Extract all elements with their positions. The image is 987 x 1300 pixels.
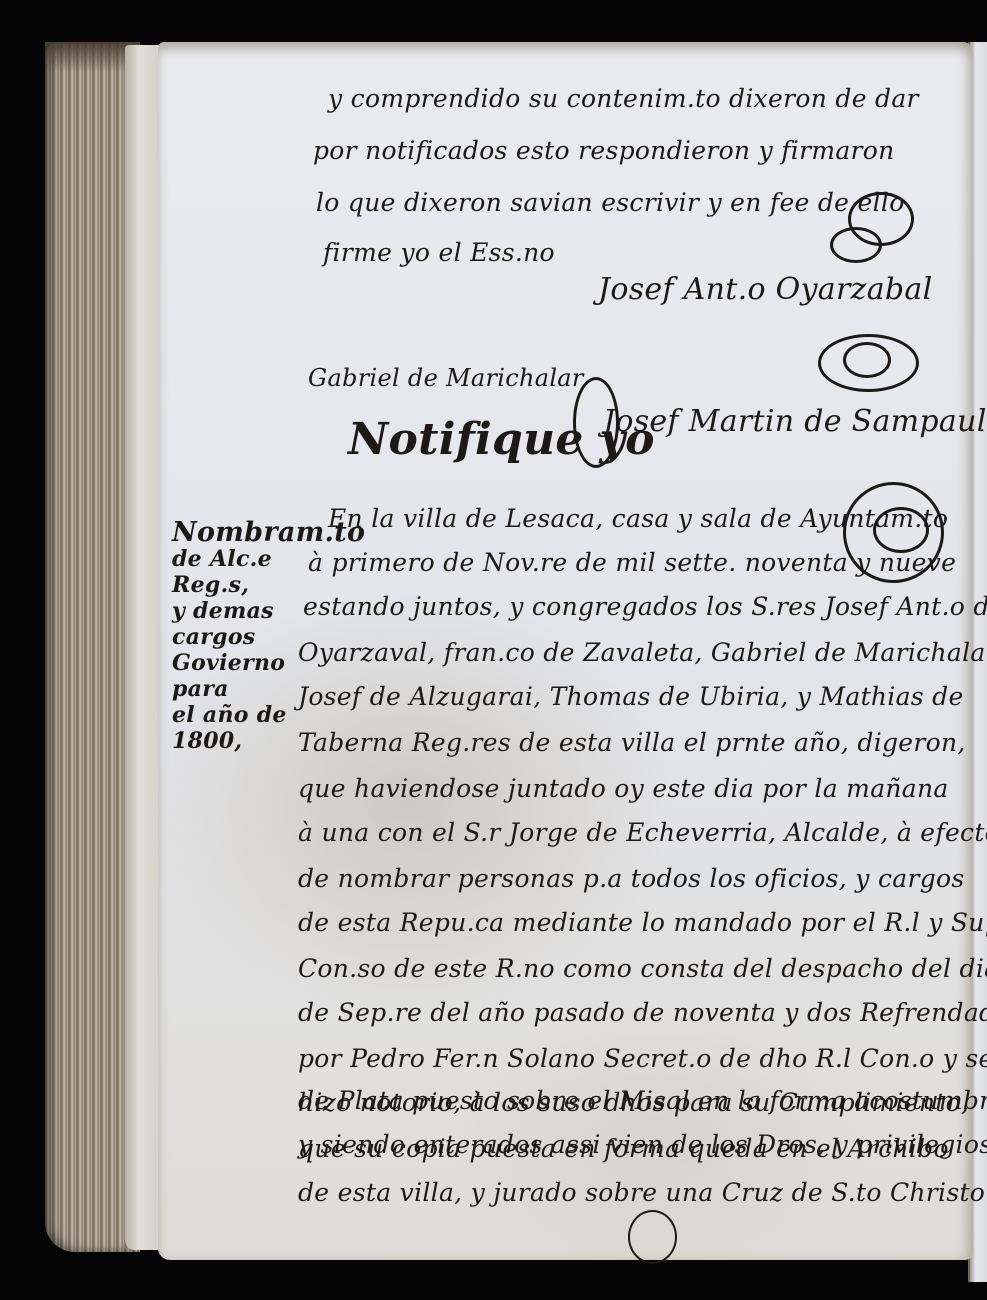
body-line-18: y siendo enterados assi vien de los Dros… xyxy=(298,1130,987,1159)
body-line-5: Josef de Alzugarai, Thomas de Ubiria, y … xyxy=(298,682,964,711)
body-line-8: à una con el S.r Jorge de Echeverria, Al… xyxy=(298,818,987,847)
margin-note: Nombram.to de Alc.e Reg.s, y demas cargo… xyxy=(172,520,307,754)
body-line-10: de esta Repu.ca mediante lo mandado por … xyxy=(298,908,987,937)
margin-note-line-4: Govierno para xyxy=(172,650,307,702)
margin-note-line-5: el año de 1800, xyxy=(172,702,307,754)
body-line-2: à primero de Nov.re de mil sette. novent… xyxy=(308,548,956,577)
top-line-2: por notificados esto respondieron y firm… xyxy=(313,136,895,165)
signature-sampaulesa: Josef Martin de Sampaulesa xyxy=(603,404,987,439)
rubric-flourish-icon xyxy=(830,227,882,263)
body-line-17: de Plata puesto sobre el Misal en la for… xyxy=(298,1086,987,1115)
body-line-4: Oyarzaval, fran.co de Zavaleta, Gabriel … xyxy=(298,638,987,667)
body-line-12: de Sep.re del año pasado de noventa y do… xyxy=(298,998,987,1027)
body-line-3: estando juntos, y congregados los S.res … xyxy=(303,592,987,621)
body-line-1: En la villa de Lesaca, casa y sala de Ay… xyxy=(328,504,948,533)
body-line-9: de nombrar personas p.a todos los oficio… xyxy=(298,864,965,893)
rubric-flourish-icon xyxy=(843,342,891,378)
body-line-7: que haviendose juntado oy este dia por l… xyxy=(298,774,949,803)
body-line-13: por Pedro Fer.n Solano Secret.o de dho R… xyxy=(298,1044,987,1073)
top-line-4: firme yo el Ess.no xyxy=(323,238,555,267)
signature-marichalar: Gabriel de Marichalar xyxy=(308,364,584,392)
top-line-3: lo que dixeron savian escrivir y en fee … xyxy=(316,188,905,217)
body-line-16: de esta villa, y jurado sobre una Cruz d… xyxy=(298,1178,985,1207)
rubric-flourish-icon xyxy=(628,1210,677,1264)
margin-note-line-3: y demas cargos xyxy=(172,598,307,650)
body-line-6: Taberna Reg.res de esta villa el prnte a… xyxy=(298,728,966,757)
margin-note-line-1: Nombram.to xyxy=(172,520,307,546)
page-fore-edge xyxy=(125,45,160,1250)
rubric-flourish-icon xyxy=(573,377,619,468)
top-line-1: y comprendido su contenim.to dixeron de … xyxy=(328,84,919,113)
manuscript-page: y comprendido su contenim.to dixeron de … xyxy=(158,42,973,1260)
signature-oyarzabal: Josef Ant.o Oyarzabal xyxy=(598,272,933,307)
body-line-11: Con.so de este R.no como consta del desp… xyxy=(298,954,987,983)
margin-note-line-2: de Alc.e Reg.s, xyxy=(172,546,307,598)
